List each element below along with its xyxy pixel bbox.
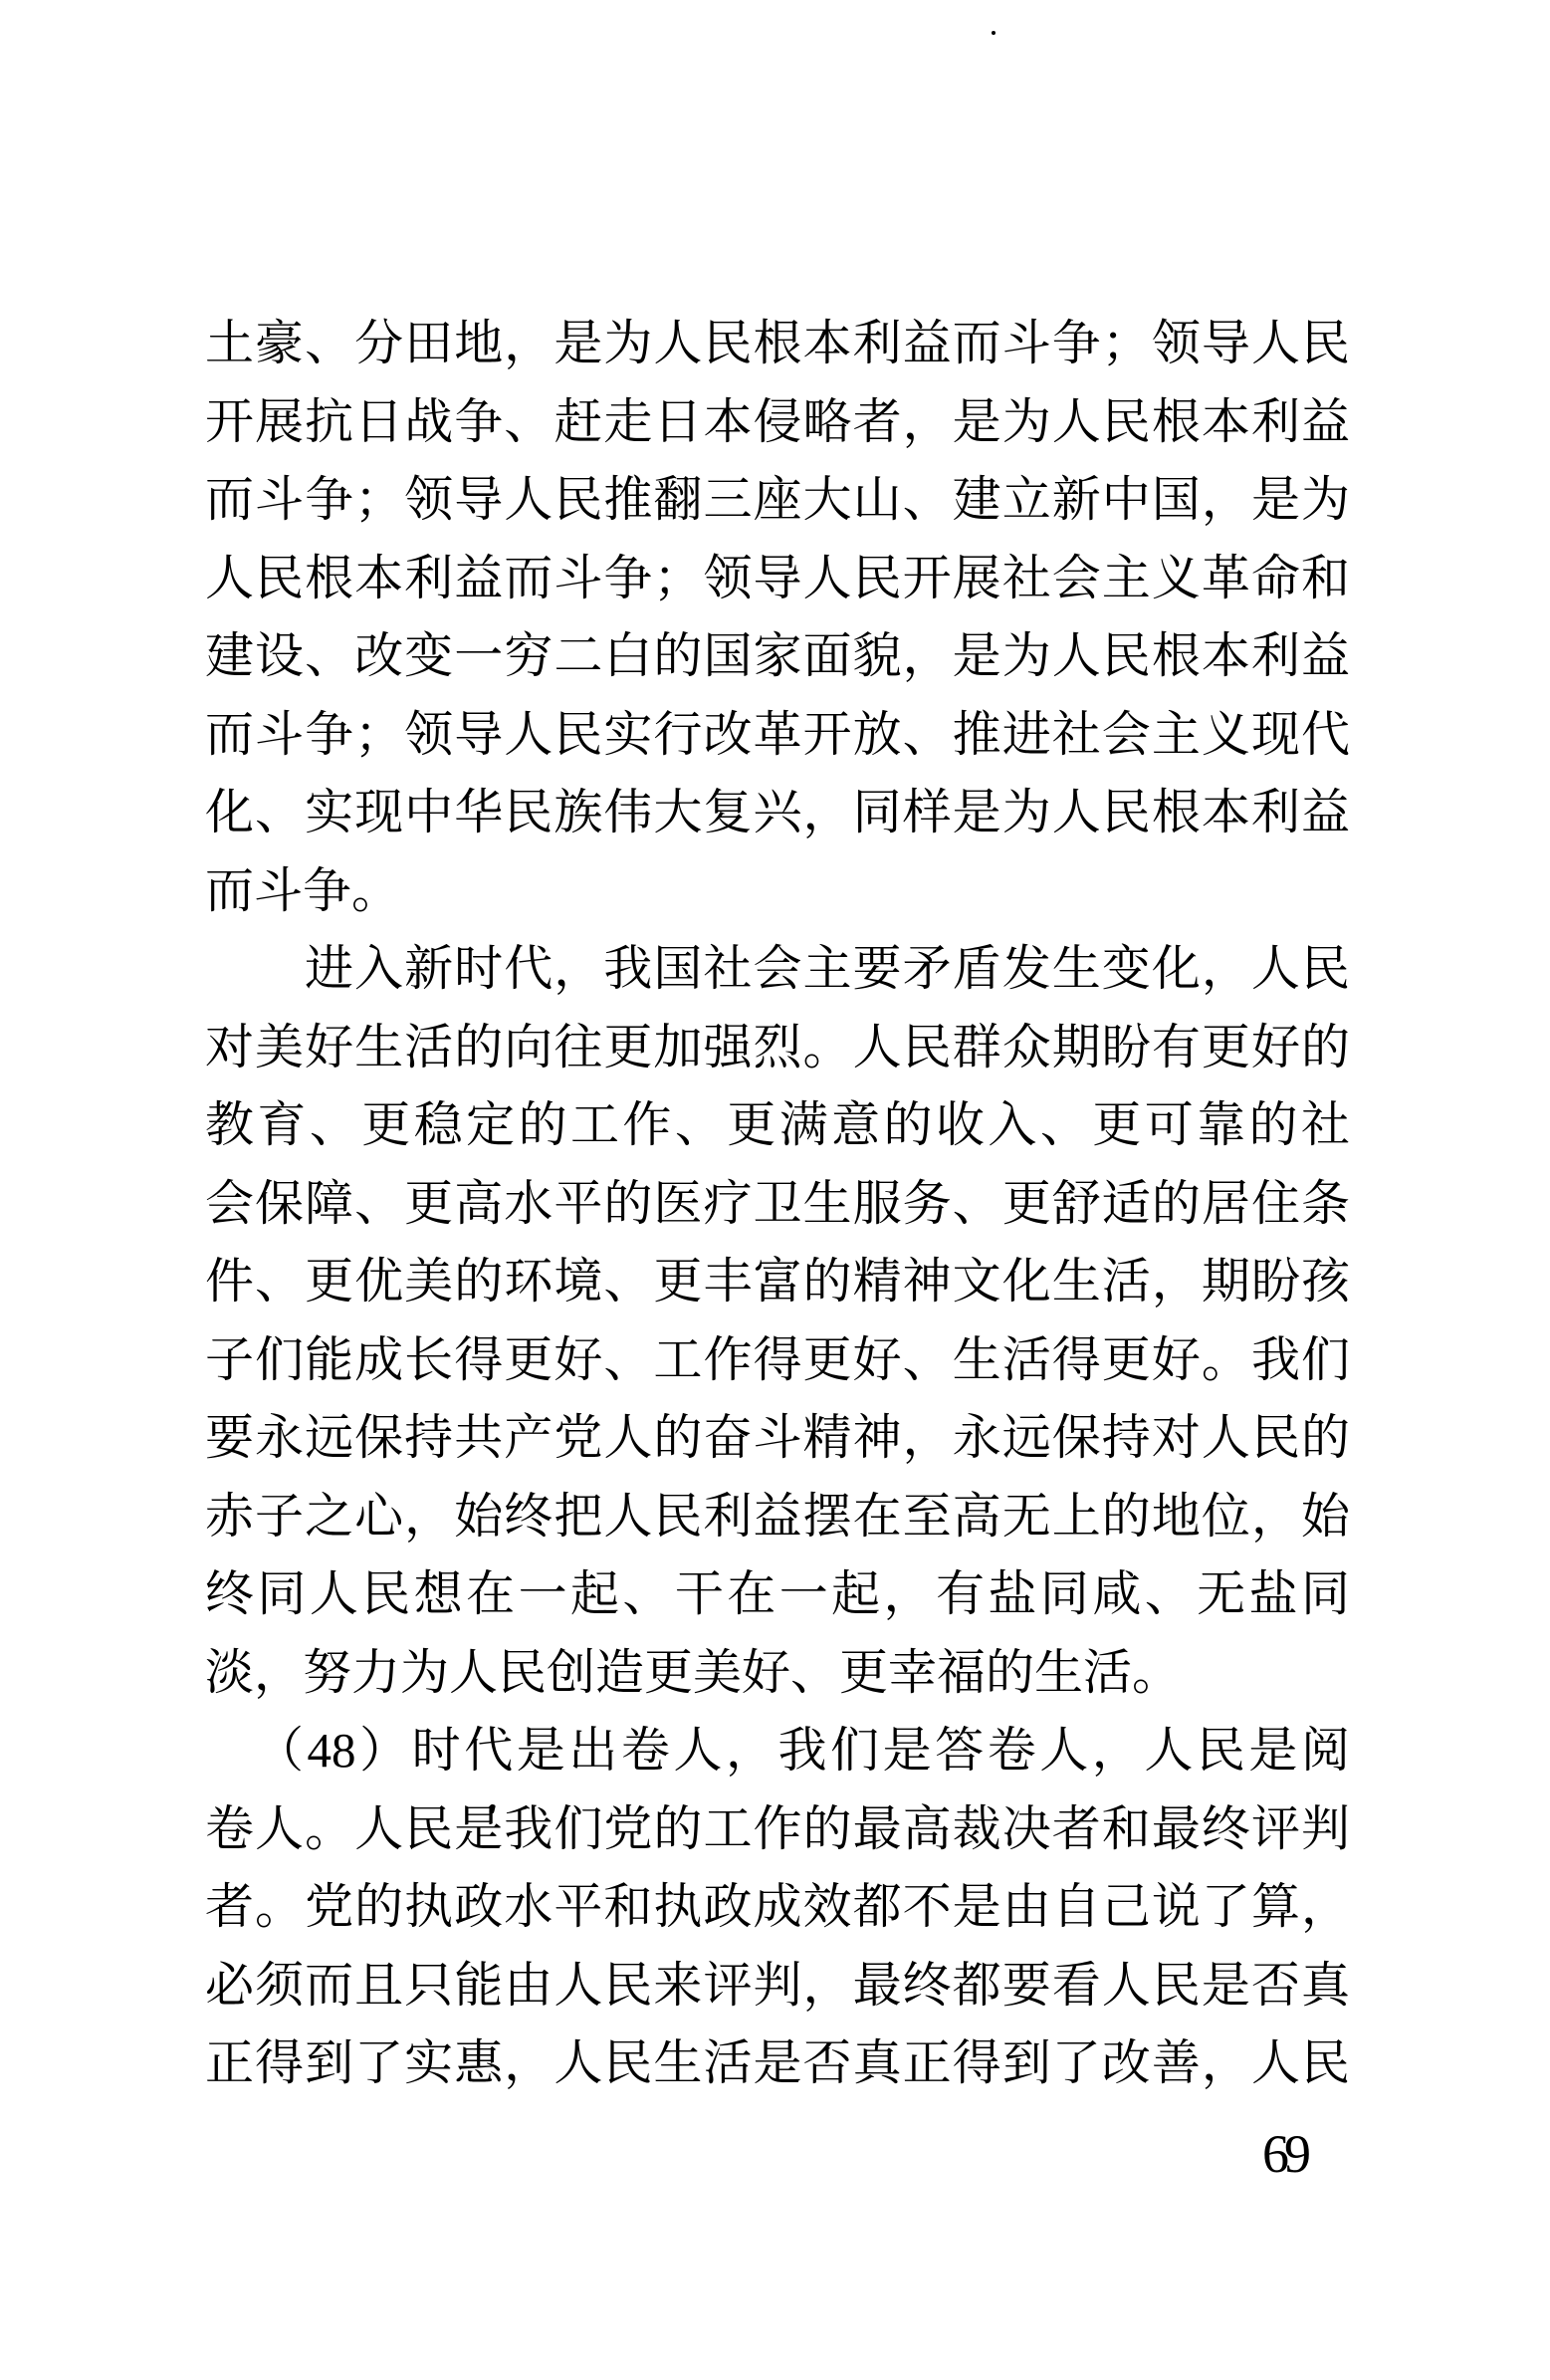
text-line-2: 开展抗日战争、赶走日本侵略者，是为人民根本利益 [205,383,1350,462]
text-line-10: 对美好生活的向往更加强烈。人民群众期盼有更好的 [205,1009,1350,1087]
text-line-21: 者。党的执政水平和执政成效都不是由自己说了算， [205,1868,1350,1947]
text-line-4: 人民根本利益而斗争；领导人民开展社会主义革命和 [205,540,1350,618]
text-line-20: 卷人。人民是我们党的工作的最高裁决者和最终评判 [205,1790,1350,1869]
text-line-18: 淡，努力为人民创造更美好、更幸福的生活。 [205,1634,1350,1713]
text-line-22: 必须而且只能由人民来评判，最终都要看人民是否真 [205,1947,1350,2025]
text-line-17: 终同人民想在一起、干在一起，有盐同咸、无盐同 [205,1555,1350,1634]
text-line-15: 要永远保持共产党人的奋斗精神，永远保持对人民的 [205,1399,1350,1478]
text-line-16: 赤子之心，始终把人民利益摆在至高无上的地位，始 [205,1478,1350,1556]
text-line-11: 教育、更稳定的工作、更满意的收入、更可靠的社 [205,1086,1350,1165]
text-line-7: 化、实现中华民族伟大复兴，同样是为人民根本利益 [205,774,1350,852]
text-line-13: 件、更优美的环境、更丰富的精神文化生活，期盼孩 [205,1243,1350,1321]
text-line-19: （48）时代是出卷人，我们是答卷人，人民是阅 [205,1712,1350,1790]
text-line-1: 土豪、分田地，是为人民根本利益而斗争；领导人民 [205,305,1350,383]
page-number: 69 [1262,2127,1306,2181]
body-text: 土豪、分田地，是为人民根本利益而斗争；领导人民 开展抗日战争、赶走日本侵略者，是… [205,305,1350,2103]
text-line-14: 子们能成长得更好、工作得更好、生活得更好。我们 [205,1321,1350,1400]
text-line-9: 进入新时代，我国社会主要矛盾发生变化，人民 [205,930,1350,1009]
text-line-3: 而斗争；领导人民推翻三座大山、建立新中国，是为 [205,461,1350,540]
text-line-12: 会保障、更高水平的医疗卫生服务、更舒适的居住条 [205,1165,1350,1244]
scan-speck [992,31,996,35]
book-page: 土豪、分田地，是为人民根本利益而斗争；领导人民 开展抗日战争、赶走日本侵略者，是… [0,0,1550,2380]
text-line-8: 而斗争。 [205,852,1350,931]
text-line-6: 而斗争；领导人民实行改革开放、推进社会主义现代 [205,696,1350,775]
text-line-23: 正得到了实惠，人民生活是否真正得到了改善，人民 [205,2024,1350,2103]
text-line-5: 建设、改变一穷二白的国家面貌，是为人民根本利益 [205,617,1350,696]
